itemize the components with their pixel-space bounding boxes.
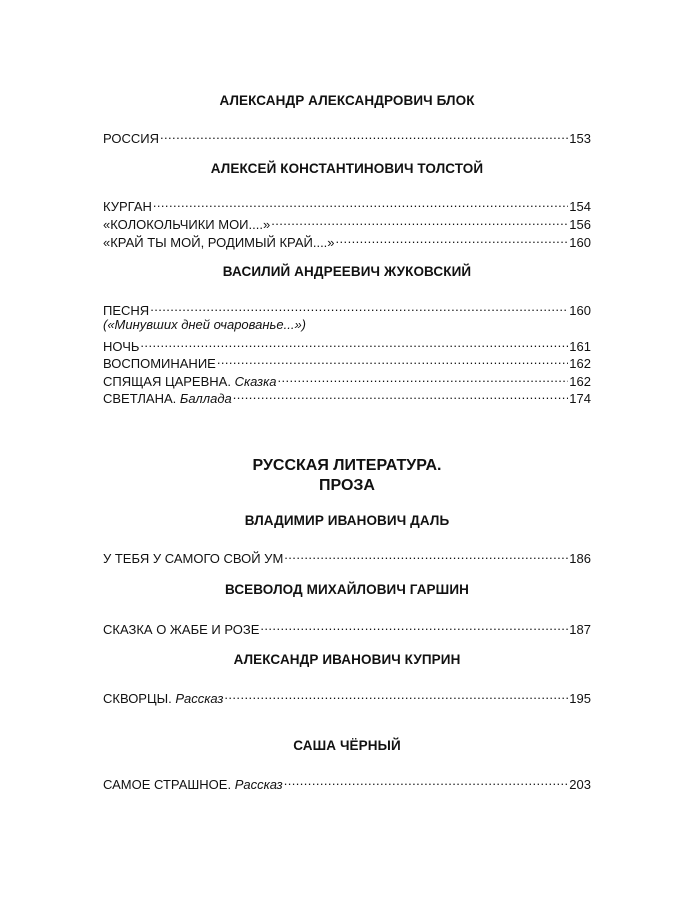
toc-entry-kurgan[interactable]: КУРГАН 154: [103, 194, 591, 211]
dot-leader: [284, 546, 568, 563]
dot-leader: [217, 351, 568, 368]
entry-title: У ТЕБЯ У САМОГО СВОЙ УМ: [103, 550, 283, 567]
toc-entry-svetlana[interactable]: СВЕТЛАНА. Баллада 174: [103, 386, 591, 403]
dot-leader: [160, 126, 568, 143]
dot-leader: [336, 230, 569, 247]
part-title-line1: РУССКАЯ ЛИТЕРАТУРА.: [103, 456, 591, 476]
dot-leader: [271, 212, 568, 229]
dot-leader: [150, 298, 568, 315]
page-number: 174: [569, 390, 591, 407]
author-heading-blok: АЛЕКСАНДР АЛЕКСАНДРОВИЧ БЛОК: [103, 93, 591, 109]
entry-title: СКВОРЦЫ. Рассказ: [103, 690, 223, 707]
toc-entry-pesnya[interactable]: ПЕСНЯ 160: [103, 298, 591, 315]
page-number: 203: [569, 776, 591, 793]
dot-leader: [153, 194, 568, 211]
entry-genre: Баллада: [180, 391, 232, 406]
author-heading-garshin: ВСЕВОЛОД МИХАЙЛОВИЧ ГАРШИН: [103, 582, 591, 598]
entry-subnote: («Минувших дней очарованье...»): [103, 316, 306, 333]
page-number: 160: [569, 234, 591, 251]
toc-entry-samoe-strashnoe[interactable]: САМОЕ СТРАШНОЕ. Рассказ 203: [103, 772, 591, 789]
page-number: 187: [569, 621, 591, 638]
entry-title: РОССИЯ: [103, 130, 159, 147]
page-number: 186: [569, 550, 591, 567]
toc-entry-kray-ty-moy[interactable]: «КРАЙ ТЫ МОЙ, РОДИМЫЙ КРАЙ....» 160: [103, 230, 591, 247]
toc-entry-skvortsy[interactable]: СКВОРЦЫ. Рассказ 195: [103, 686, 591, 703]
toc-entry-skazka-o-zhabe[interactable]: СКАЗКА О ЖАБЕ И РОЗЕ 187: [103, 617, 591, 634]
page-number: 195: [569, 690, 591, 707]
author-heading-sasha-cherny: САША ЧЁРНЫЙ: [103, 738, 591, 754]
dot-leader: [140, 334, 568, 351]
dot-leader: [284, 772, 569, 789]
author-heading-dal: ВЛАДИМИР ИВАНОВИЧ ДАЛЬ: [103, 513, 591, 529]
entry-title: СВЕТЛАНА. Баллада: [103, 390, 232, 407]
entry-genre: Рассказ: [235, 777, 283, 792]
page-number: 160: [569, 302, 591, 319]
entry-title: «КРАЙ ТЫ МОЙ, РОДИМЫЙ КРАЙ....»: [103, 234, 335, 251]
toc-entry-rossiya[interactable]: РОССИЯ 153: [103, 126, 591, 143]
dot-leader: [277, 369, 568, 386]
entry-genre: Рассказ: [175, 691, 223, 706]
dot-leader: [260, 617, 568, 634]
dot-leader: [233, 386, 569, 403]
dot-leader: [224, 686, 568, 703]
toc-entry-vospominanie[interactable]: ВОСПОМИНАНИЕ 162: [103, 351, 591, 368]
author-heading-kuprin: АЛЕКСАНДР ИВАНОВИЧ КУПРИН: [103, 652, 591, 668]
toc-entry-noch[interactable]: НОЧЬ 161: [103, 334, 591, 351]
toc-entry-spyashchaya-tsarevna[interactable]: СПЯЩАЯ ЦАРЕВНА. Сказка 162: [103, 369, 591, 386]
author-heading-tolstoy: АЛЕКСЕЙ КОНСТАНТИНОВИЧ ТОЛСТОЙ: [103, 161, 591, 177]
entry-title: САМОЕ СТРАШНОЕ. Рассказ: [103, 776, 283, 793]
entry-title: СКАЗКА О ЖАБЕ И РОЗЕ: [103, 621, 259, 638]
author-heading-zhukovsky: ВАСИЛИЙ АНДРЕЕВИЧ ЖУКОВСКИЙ: [103, 264, 591, 280]
part-title-line2: ПРОЗА: [103, 476, 591, 496]
toc-entry-kolokolchiki[interactable]: «КОЛОКОЛЬЧИКИ МОИ....» 156: [103, 212, 591, 229]
page-number: 153: [569, 130, 591, 147]
toc-entry-u-tebya-svoy-um[interactable]: У ТЕБЯ У САМОГО СВОЙ УМ 186: [103, 546, 591, 563]
